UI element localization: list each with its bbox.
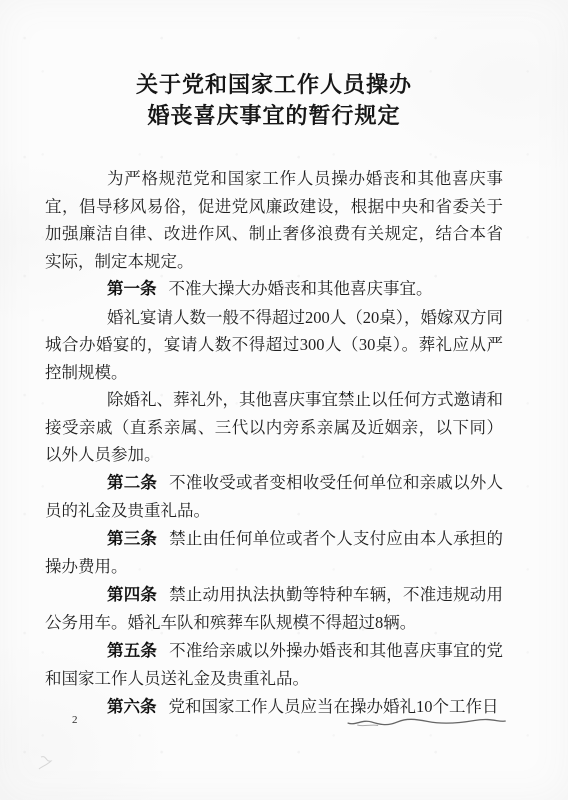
article-1-text: 不准大操大办婚丧和其他喜庆事宜。: [169, 279, 433, 298]
article-3-label: 第三条: [107, 530, 157, 548]
article-6-text-underlined: 操办婚礼10个工作日: [350, 697, 499, 716]
article-1-sub-paragraph-2: 除婚礼、葬礼外，其他喜庆事宜禁止以任何方式邀请和接受亲戚（直系亲属、三代以内旁系…: [45, 386, 503, 469]
pencil-stray-mark-icon: [37, 753, 71, 771]
article-1-sub-paragraph-1: 婚礼宴请人数一般不得超过200人（20桌），婚嫁双方同城合办婚宴的，宴请人数不得…: [45, 304, 503, 387]
document-body: 关于党和国家工作人员操办 婚丧喜庆事宜的暂行规定 为严格规范党和国家工作人员操办…: [45, 69, 503, 721]
article-5: 第五条不准给亲戚以外操办婚丧和其他喜庆事宜的党和国家工作人员送礼金及贵重礼品。: [45, 637, 503, 693]
article-4: 第四条禁止动用执法执勤等特种车辆，不准违规动用公务用车。婚礼车队和殡葬车队规模不…: [45, 581, 503, 637]
article-3: 第三条禁止由任何单位或者个人支付应由本人承担的操办费用。: [45, 525, 503, 581]
article-6: 第六条党和国家工作人员应当在操办婚礼10个工作日: [45, 693, 503, 722]
article-2-label: 第二条: [107, 474, 157, 492]
article-6-label: 第六条: [107, 698, 157, 716]
article-4-label: 第四条: [107, 586, 157, 604]
article-6-text-before: 党和国家工作人员应当在: [169, 697, 351, 716]
article-1: 第一条不准大操大办婚丧和其他喜庆事宜。: [45, 275, 503, 304]
scanned-document-page: 关于党和国家工作人员操办 婚丧喜庆事宜的暂行规定 为严格规范党和国家工作人员操办…: [0, 0, 568, 800]
handwritten-underline-icon: [346, 716, 507, 728]
article-2: 第二条不准收受或者变相收受任何单位和亲戚以外人员的礼金及贵重礼品。: [45, 469, 503, 525]
article-1-label: 第一条: [107, 280, 157, 298]
title-line-1: 关于党和国家工作人员操办: [45, 69, 503, 100]
document-title: 关于党和国家工作人员操办 婚丧喜庆事宜的暂行规定: [45, 69, 503, 131]
title-line-2: 婚丧喜庆事宜的暂行规定: [45, 100, 503, 131]
underlined-phrase: 操办婚礼10个工作日: [350, 693, 499, 721]
article-5-label: 第五条: [107, 642, 157, 660]
intro-paragraph: 为严格规范党和国家工作人员操办婚丧和其他喜庆事宜，倡导移风易俗，促进党风廉政建设…: [45, 165, 503, 275]
page-number: 2: [72, 714, 78, 726]
